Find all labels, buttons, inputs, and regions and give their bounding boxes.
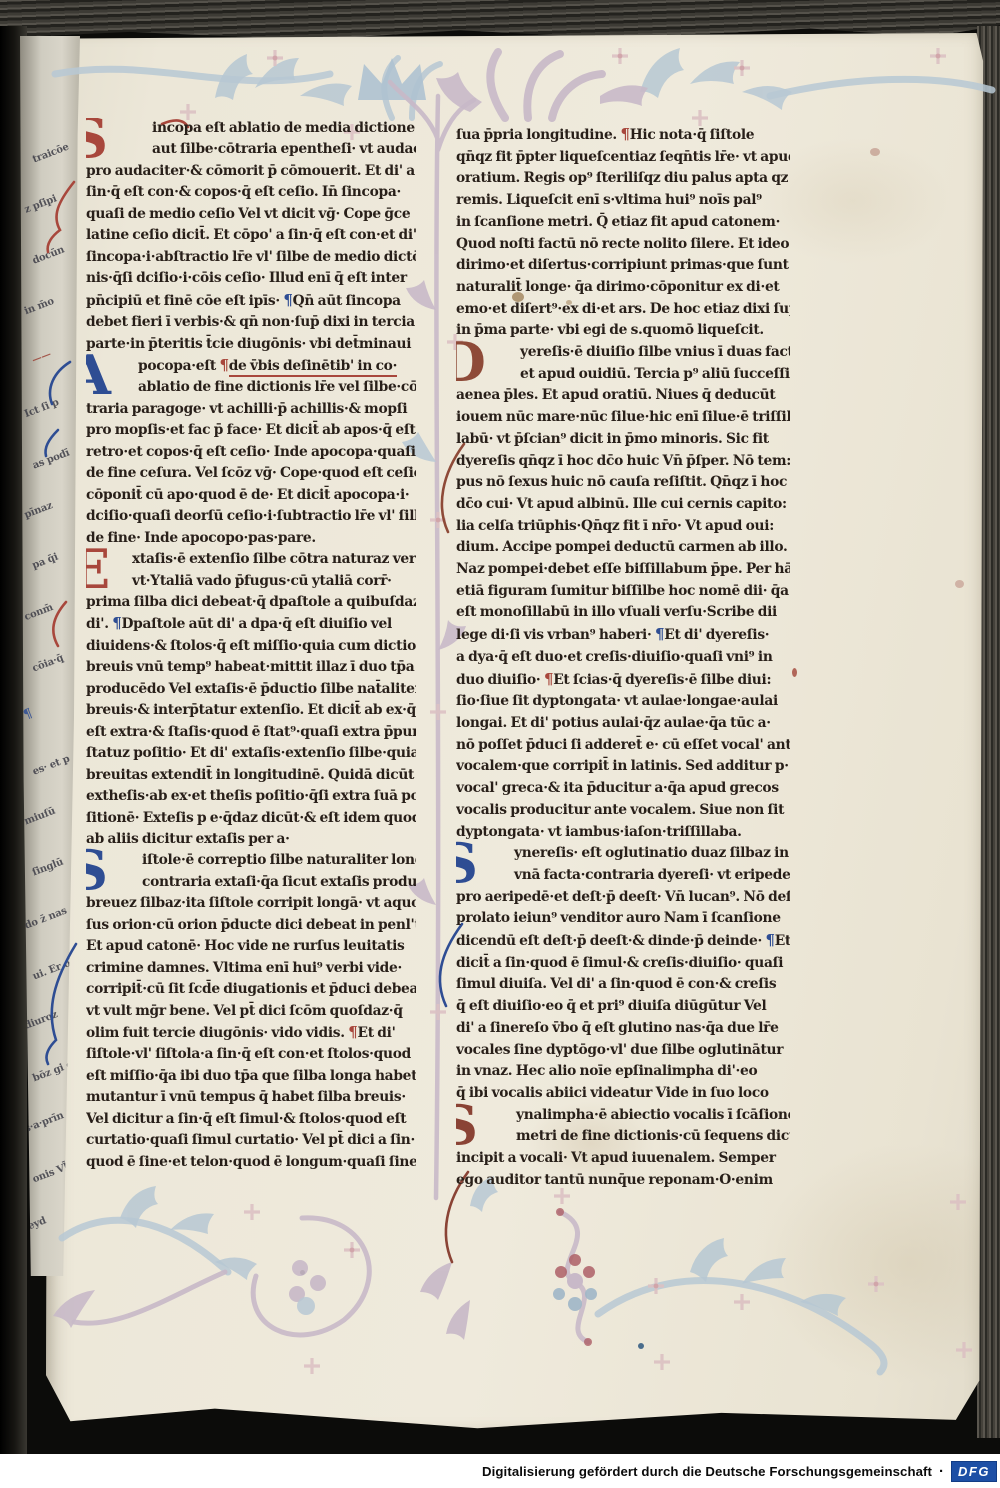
manuscript-paragraph: Dyereſis·ē diuiſio ſilbe vnius ī duas fa…: [456, 342, 790, 843]
rubricated-phrase: de v̄bis deſinētib' in co·: [229, 358, 397, 377]
red-speck: [792, 668, 797, 677]
text-line: dciſio·quaſi deorſū ceſio·i·ſubtractio l…: [86, 506, 416, 527]
text-line: et apud ouidiū. Tercia p⁹ aliū ſucceſſit: [456, 364, 790, 386]
text-line: pn̄cipiū et finē cōe eſt ipīs· ¶Qn̄ aūt …: [86, 290, 416, 312]
manuscript-paragraph: Synereſis· eſt oglutinatio duaz ſilbaz i…: [456, 843, 790, 1104]
paragraph-mark-blue: ¶: [283, 291, 292, 309]
text-line: qn̄qz fit p̄pter liqueſcentiaz ſeqn̄tis …: [456, 147, 790, 169]
text-line: breuis·& interp̄tatur extenſio. Et dicit…: [86, 700, 416, 721]
previous-leaf-text-fragment: in m̄o: [23, 296, 56, 318]
text-line: oratium. Regis op⁹ ſteriliſqz diu palus …: [456, 168, 790, 190]
text-line: ynereſis· eſt oglutinatio duaz ſilbaz in: [456, 843, 790, 865]
text-line: breuez ſilbaz·ita ſiſtole corripit longā…: [86, 893, 416, 914]
text-line: longai. Et di' potius aulai·q̄z aulae·q̄…: [456, 713, 790, 735]
text-line: prima ſilba dici debeat·q̄ dpaſtole a qu…: [86, 592, 416, 613]
previous-leaf-text-fragment: ſinglū: [31, 857, 65, 880]
text-line: Naz pompei·debet eſſe biſſillabum p̄pe. …: [456, 559, 790, 581]
text-line: xtaſis·ē extenſio ſilbe cōtra naturaz ve…: [86, 549, 416, 570]
previous-leaf-text-fragment: diuroz: [23, 1009, 59, 1033]
text-line: dicit̄ a ſin·quod ē ſimul·& creſis·diuiſ…: [456, 953, 790, 975]
text-line: Et apud catonē· Hoc vide ne rurſus leuit…: [86, 936, 416, 957]
text-line: aenea p̄les. Et apud oratiū. Niues q̄ de…: [456, 385, 790, 407]
text-line: iſtole·ē correptio ſilbe naturaliter lon…: [86, 850, 416, 871]
credit-separator: ·: [939, 1463, 944, 1480]
text-line: labū· vt p̄ſcian⁹ dicit in p̄mo minoris.…: [456, 429, 790, 451]
text-line: latine ceſio dicit̄. Et cōpo' a ſin·q̄ e…: [86, 225, 416, 246]
text-line: metri de fine dictionis·cū ſequens dicti…: [456, 1126, 790, 1148]
text-line: yereſis·ē diuiſio ſilbe vnius ī duas fac…: [456, 342, 790, 364]
digitization-credit-bar: Digitalisierung gefördert durch die Deut…: [0, 1454, 1000, 1488]
text-line: vnā facta·contraria dyereſi· vt eripedem: [456, 865, 790, 887]
text-line: remis. Liqueſcit enī s·vltima hui⁹ noīs …: [456, 190, 790, 212]
previous-leaf-text-fragment: do z̄ nas: [23, 905, 68, 932]
text-line: ſincopa·i·abſtractio lr̄e vl' ſilbe de m…: [86, 247, 416, 268]
text-line: pus nō ſexus huic nō cauſa reſiſtit. Qn̄…: [456, 472, 790, 494]
text-line: pro mopſis·et fac p̄ face· Et dicit̄ ab …: [86, 420, 416, 441]
previous-leaf-text-fragment: ——: [31, 349, 54, 367]
text-line: extheſis·ab ex·et theſis poſitio·q̄ſi ex…: [86, 786, 416, 807]
lombard-initial-s: S: [86, 118, 108, 162]
text-line: ablatio de fine dictionis lr̄e vel ſilbe…: [86, 377, 416, 398]
text-line: nis·q̄ſi dciſio·i·cōis ceſio· Illud enī …: [86, 268, 416, 289]
text-line: incopa eſt ablatio de media dictione lr̄…: [86, 118, 416, 139]
previous-leaf-text-fragment: z pſipi: [23, 193, 59, 216]
manuscript-paragraph: ſua p̄pria longitudine. ¶Hic nota·q̄ ſiſ…: [456, 124, 790, 342]
text-line: naturalit̄ longe· q̄a dirimo·cōponitur e…: [456, 277, 790, 299]
manuscript-paragraph: Siſtole·ē correptio ſilbe naturaliter lo…: [86, 850, 416, 1173]
previous-leaf-text-fragment: pīnaz: [23, 500, 55, 522]
text-line: quod ē ſine·et telon·quod ē longum·quaſi…: [86, 1152, 416, 1173]
text-line: pocopa·eſt ¶de v̄bis deſinētib' in co·: [86, 355, 416, 377]
text-line: in ſcanſione metri. Q̄ etiaz fit apud ca…: [456, 212, 790, 234]
text-column-left: Sincopa eſt ablatio de media dictione lr…: [86, 118, 416, 1174]
text-line: ego auditor tantū nunq̄ue reponam·O·enim: [456, 1170, 790, 1192]
previous-leaf-text-fragment: docūn: [31, 244, 66, 267]
lombard-initial-s: S: [86, 847, 108, 894]
text-line: pro audaciter·& cōmorit p̄ cōmouerit. Et…: [86, 161, 416, 182]
text-line: ſimul diuiſa. Vel di' a ſin·quod ē con·&…: [456, 974, 790, 996]
text-line: ynalimpha·ē abiectio vocalis ī ſcāſione: [456, 1105, 790, 1127]
manuscript-paragraph: Apocopa·eſt ¶de v̄bis deſinētib' in co·a…: [86, 355, 416, 549]
credit-text: Digitalisierung gefördert durch die Deut…: [482, 1464, 932, 1479]
text-line: dc̄o cui· Vt apud albinū. Ille cui cerni…: [456, 494, 790, 516]
text-line: cōponit̄ cū apo·quod ē de· Et dicit̄ apo…: [86, 485, 416, 506]
dfg-logo: DFG: [951, 1461, 997, 1482]
previous-leaf-text-fragment: traicōe: [31, 142, 71, 167]
text-line: vocales ſine dyptōgo·vl' due ſilbe oglut…: [456, 1040, 790, 1062]
text-line: in vnaz. Hec alio noīe epſinalimpha di'·…: [456, 1061, 790, 1083]
lombard-initial-s: S: [456, 1102, 478, 1149]
previous-leaf-text-fragment: pa q̄i: [31, 552, 60, 573]
text-line: vocalem·que corripit̄ in latinis. Sed ad…: [456, 756, 790, 778]
text-line: olim fuit tercie diugōnis· vido vidis. ¶…: [86, 1022, 416, 1044]
text-line: in p̄ma parte· vbi egi de s.quomō liqueſ…: [456, 320, 790, 342]
manuscript-paragraph: Extaſis·ē extenſio ſilbe cōtra naturaz v…: [86, 549, 416, 850]
paragraph-mark-red: ¶: [544, 670, 553, 688]
text-line: ſitionē· Exteſis p e·q̄daz dicūt·& eſt i…: [86, 808, 416, 829]
text-line: ſio·ſiue ſit dyptongata· vt aulae·longae…: [456, 691, 790, 713]
text-line: di' a ſinereſo v̄bo q̄ eſt glutino nas·q…: [456, 1018, 790, 1040]
text-line: dium. Accipe pompei deductū carmen ab il…: [456, 537, 790, 559]
text-line: dirimo·et diſertus·corripiunt primas·que…: [456, 255, 790, 277]
text-line: vocal' greca·& ita p̄ducitur a·q̄a apud …: [456, 778, 790, 800]
pigment-smudge: [955, 580, 964, 588]
text-line: di'. ¶Dpaſtole aūt di' a dpa·q̄ eſt diui…: [86, 613, 416, 635]
text-line: q̄ eſt diuiſio·eo q̄ et pri⁹ diuiſa diūg…: [456, 996, 790, 1018]
text-line: crimine damnes. Vltima enī hui⁹ verbi vi…: [86, 958, 416, 979]
text-line: retro·et copos·q̄ eſt ceſio· Inde apocop…: [86, 442, 416, 463]
previous-leaf-text-fragment: as podī: [31, 447, 71, 472]
text-line: aut ſilbe·cōtraria epentheſi· vt audacte…: [86, 139, 416, 160]
paragraph-mark-blue: ¶: [765, 931, 774, 949]
text-line: vt·Ytaliā vado p̄fugus·cū ytaliā corr̄·: [86, 571, 416, 592]
text-line: ſtatuz poſitio· Et di' extaſis·extenſio …: [86, 743, 416, 764]
text-line: etiā figuram ſumitur biſſilbe hoc nomē d…: [456, 581, 790, 603]
text-line: lege di·ſi vis vrban⁹ haberi· ¶Et di' dy…: [456, 624, 790, 647]
text-line: lia celſa triūphis·Qn̄qz fit ī nr̄o· Vt …: [456, 516, 790, 538]
ink-dot: [638, 1343, 644, 1349]
text-line: nō poſſet p̄duci ſi adderet̄ e· cū eſſet…: [456, 735, 790, 757]
lombard-initial-a: A: [86, 352, 111, 399]
previous-leaf-text-fragment: es· et p: [31, 753, 72, 778]
paragraph-mark-red: ¶: [219, 356, 228, 374]
text-line: contraria extaſi·q̄a ſicut extaſis produ…: [86, 872, 416, 893]
text-line: emo·et diſert⁹·ex di·et ars. De hoc etia…: [456, 299, 790, 321]
text-line: ſiſtole·vl' ſiſtola·a ſin·q̄ eſt con·et …: [86, 1044, 416, 1065]
lombard-initial-d: D: [456, 339, 486, 386]
text-line: de fine· Inde apocopo·pas·pare.: [86, 528, 416, 549]
text-line: curtatio·quaſi ſimul curtatio· Vel pt̄ d…: [86, 1130, 416, 1151]
text-line: prolato ieiun⁹ venditor auro Nam ī ſcanſ…: [456, 908, 790, 930]
previous-leaf-text-fragment: s·a·prīn: [23, 1110, 65, 1136]
text-line: debet fieri ī verbis·& qn̄ non·ſup̄ dixi…: [86, 312, 416, 333]
text-line: Vel dicitur a ſin·q̄ eſt ſimul·& ſtolos·…: [86, 1109, 416, 1130]
previous-leaf-text-fragment: ¶: [22, 708, 34, 722]
text-line: breuis vnū temp⁹ habeat·mittit illaz ī d…: [86, 657, 416, 678]
text-line: breuitas extendit̄ in longitudinē. Quidā…: [86, 765, 416, 786]
paragraph-mark-red: ¶: [620, 125, 629, 143]
previous-leaf-text-fragment: Ict ſi p: [23, 397, 61, 421]
text-line: pro aeripedē·et deſt·p̄ deeſt· Vn̄ lucan…: [456, 887, 790, 909]
text-line: a dya·q̄ eſt duo·et creſis·diuiſio·quaſi…: [456, 647, 790, 669]
text-line: dyptongata· vt iambus·iaſon·triſſillaba.: [456, 822, 790, 844]
paragraph-mark-blue: ¶: [655, 625, 664, 643]
text-line: ſin·q̄ eſt con·& copos·q̄ eſt ceſio. In̄…: [86, 182, 416, 203]
text-line: vt vult mḡr bene. Vel pt̄ dici ſcōm quoſ…: [86, 1001, 416, 1022]
text-line: mutantur ī vnū tempus q̄ habet ſilba bre…: [86, 1087, 416, 1108]
text-line: dyereſis qn̄qz ī hoc dc̄o huic Vn̄ p̄ſpe…: [456, 451, 790, 473]
previous-leaf-text-fragment: miuſū: [23, 806, 57, 829]
previous-leaf-text-fragment: onis Vl̄: [31, 1162, 70, 1186]
pigment-smudge: [870, 148, 880, 156]
previous-leaf-text-fragment: cōia·q̄: [31, 653, 65, 676]
text-line: ſua p̄pria longitudine. ¶Hic nota·q̄ ſiſ…: [456, 124, 790, 147]
text-line: dicendū eſt deſt·p̄ deeſt·& dinde·p̄ dei…: [456, 930, 790, 953]
text-line: de fine ceſura. Vel ſcōz vḡ· Cope·quod e…: [86, 463, 416, 484]
text-line: parte·in p̄teritis t̄cie diugōnis· vbi d…: [86, 334, 416, 355]
text-line: ab aliis dicitur extaſis per a·: [86, 829, 416, 850]
text-line: diuidens·& ſtolos·q̄ eſt miſſio·quia cum…: [86, 636, 416, 657]
paragraph-mark-red: ¶: [348, 1023, 357, 1041]
text-line: duo diuiſio· ¶Et ſcias·q̄ dyereſis·ē ſil…: [456, 669, 790, 692]
text-line: traria paragoge· vt achilli·p̄ achillis·…: [86, 399, 416, 420]
text-column-right: ſua p̄pria longitudine. ¶Hic nota·q̄ ſiſ…: [456, 124, 790, 1192]
previous-leaf-text-fragment: conm̄: [23, 602, 55, 624]
text-line: ſus orion·cū orion p̄ducte dici debeat i…: [86, 915, 416, 936]
text-line: eſt monoſillabū in illo vſuali verſu·Scr…: [456, 602, 790, 624]
text-line: vocalis producitur ante vocalem. Siue no…: [456, 800, 790, 822]
lombard-initial-e: E: [86, 546, 110, 593]
text-line: eſt miſſio·q̄a ibi duo tp̄a que ſilba lo…: [86, 1066, 416, 1087]
text-line: q̄ ibi vocalis abiici videatur Vide in ſ…: [456, 1083, 790, 1105]
text-line: eſt extra·& ſtaſis·quod ē ſtat⁹·quaſi ex…: [86, 722, 416, 743]
manuscript-paragraph: Sincopa eſt ablatio de media dictione lr…: [86, 118, 416, 355]
ink-dot: [300, 1270, 305, 1275]
text-line: quaſi de medio ceſio Vel vt dicit vḡ· Co…: [86, 204, 416, 225]
paragraph-mark-blue: ¶: [112, 614, 121, 632]
text-line: producēdo Vel extaſis·ē p̄ductio ſilbe n…: [86, 679, 416, 700]
text-line: incipit a vocali· Vt apud iuuenalem. Sem…: [456, 1148, 790, 1170]
lombard-initial-s: S: [456, 840, 478, 887]
manuscript-paragraph: Synalimpha·ē abiectio vocalis ī ſcāſione…: [456, 1105, 790, 1192]
text-line: Quod noſti factū nō recte nolito ſilere.…: [456, 234, 790, 256]
text-line: iouem nūc mare·nūc ſilue·hic enī ſilue·ē…: [456, 407, 790, 429]
text-line: corripit̄·cū ſit ſcd̄e diugationis et p̄…: [86, 979, 416, 1000]
